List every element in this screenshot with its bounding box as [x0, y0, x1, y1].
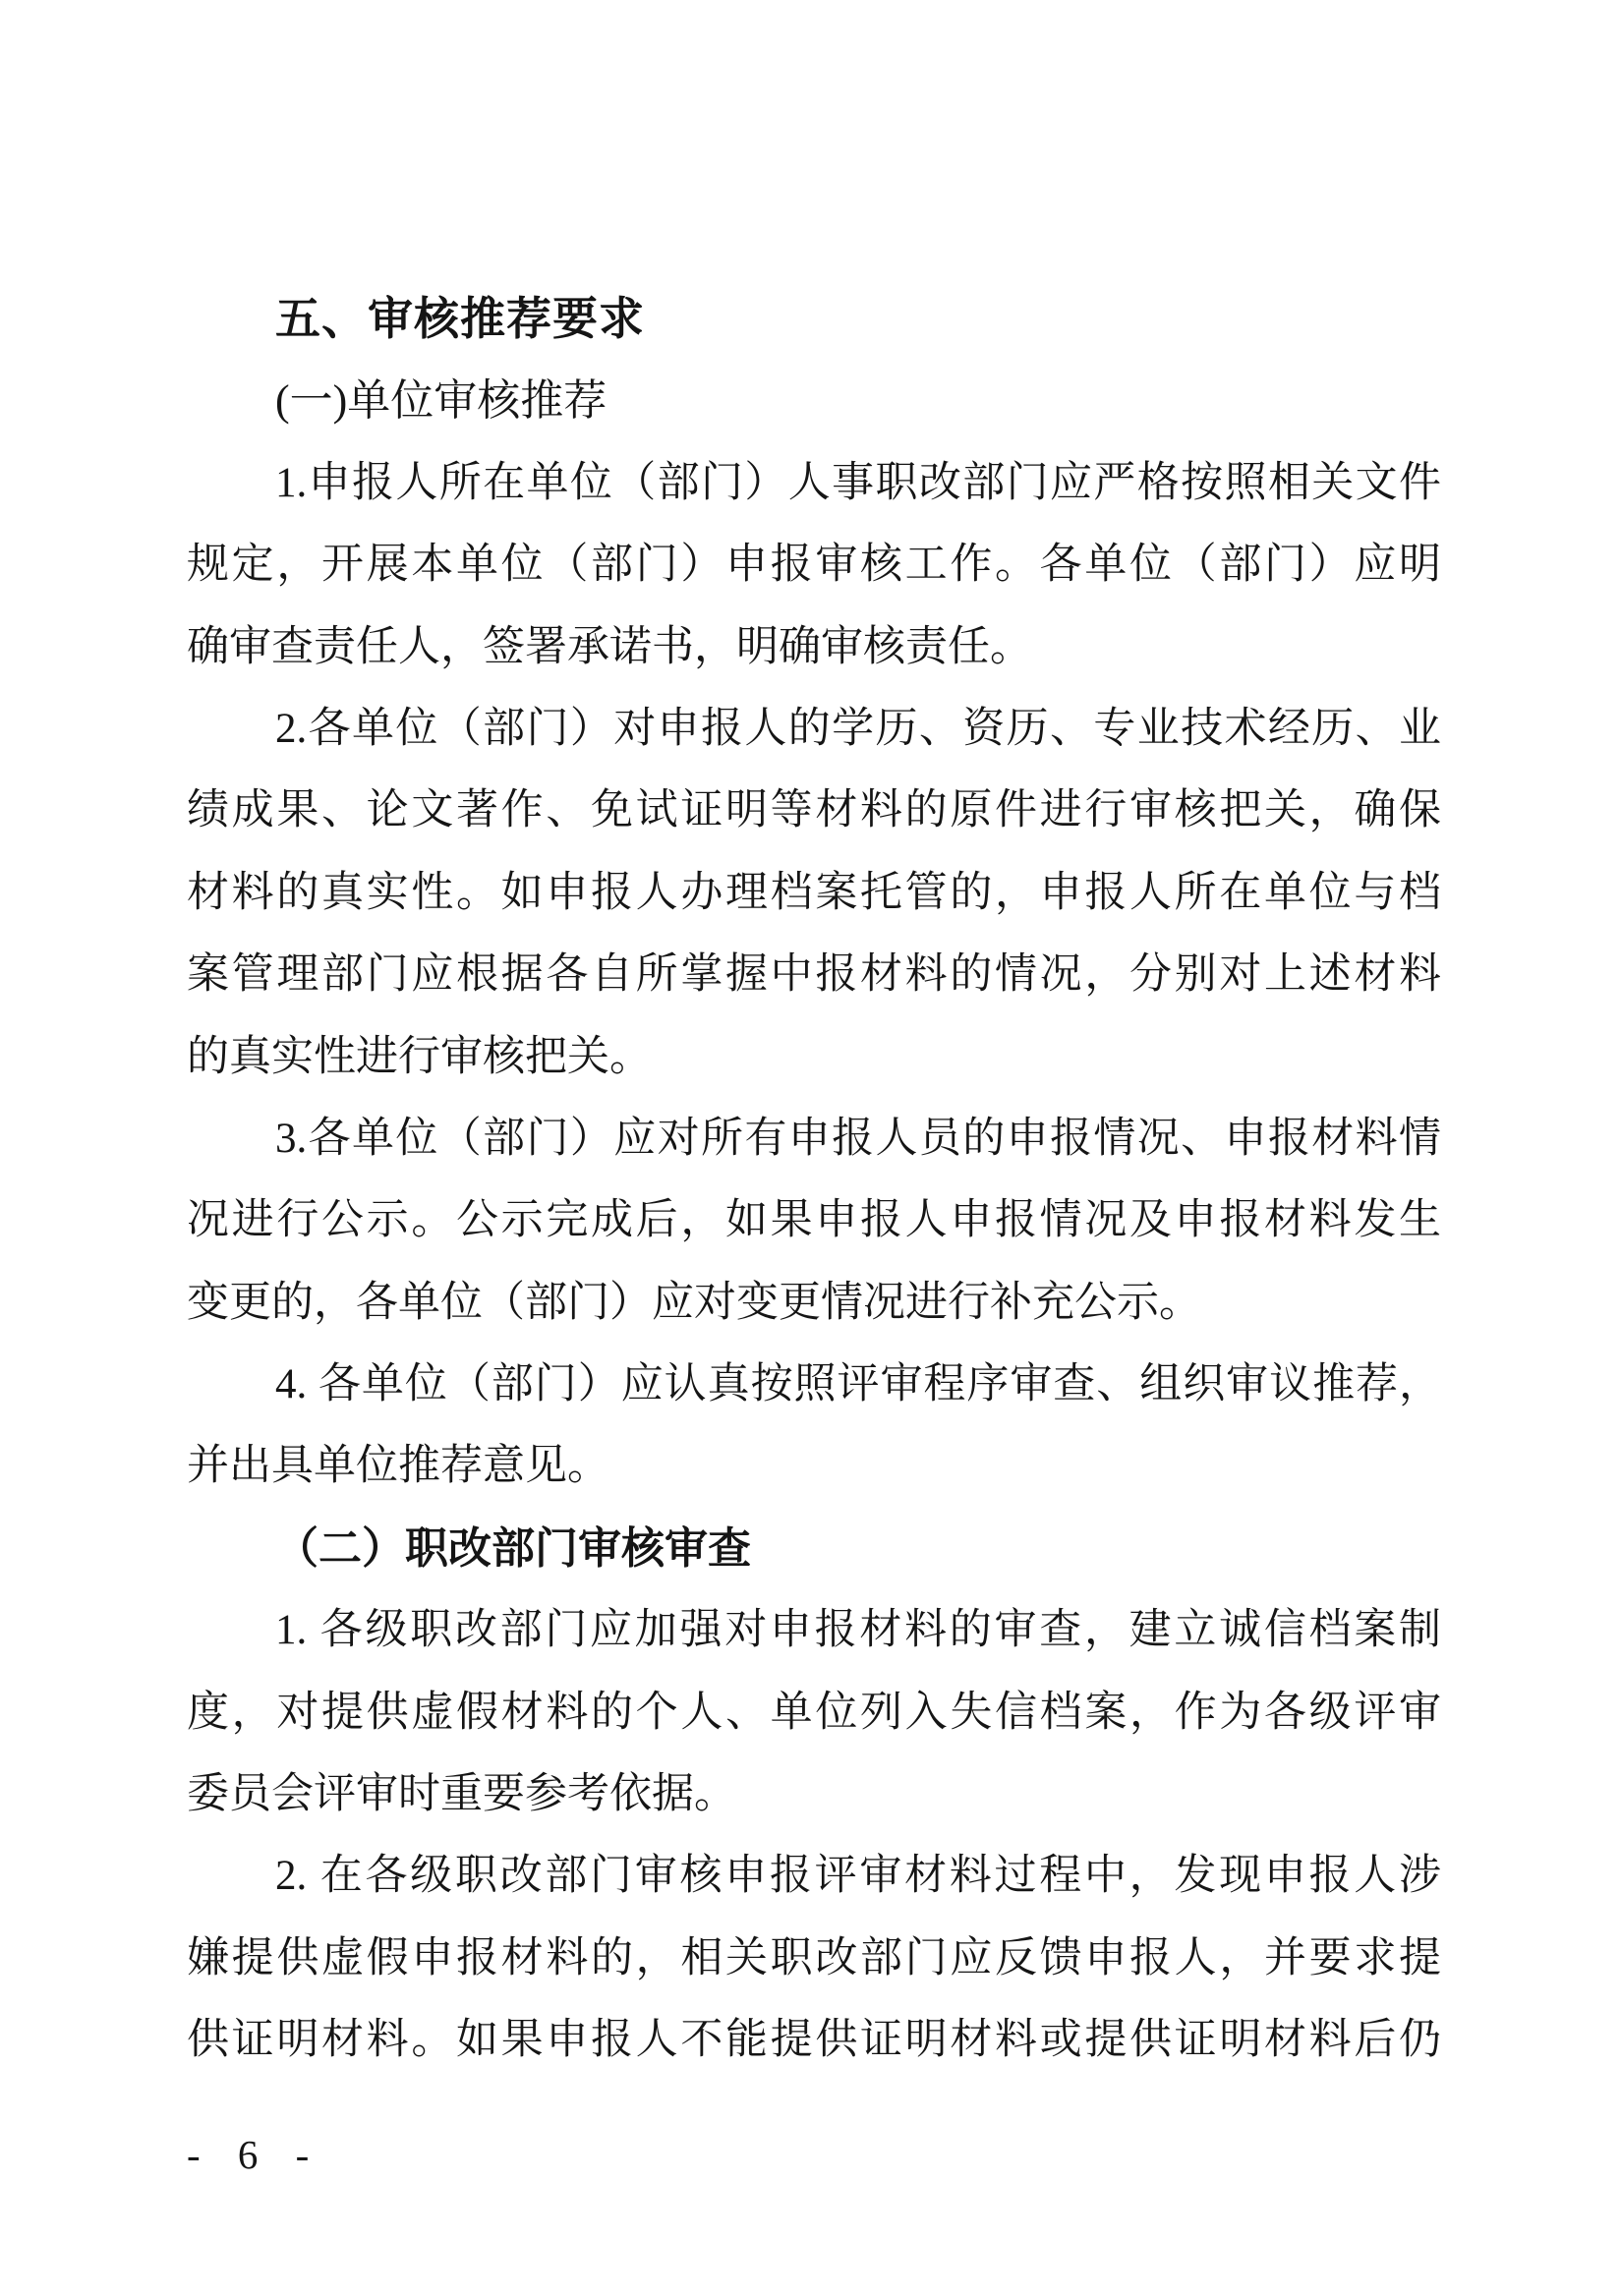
page-number: - 6 - — [187, 2131, 322, 2178]
subsection-heading-2: （二）职改部门审核审查 — [187, 1508, 1441, 1589]
body-line: 嫌提供虚假申报材料的，相关职改部门应反馈申报人，并要求提 — [187, 1918, 1441, 1999]
body-line: 况进行公示。公示完成后，如果申报人申报情况及申报材料发生 — [187, 1179, 1441, 1261]
body-line: 3.各单位（部门）应对所有申报人员的申报情况、申报材料情 — [187, 1098, 1441, 1179]
body-line: 案管理部门应根据各自所掌握中报材料的情况，分别对上述材料 — [187, 934, 1441, 1015]
body-line: 2.各单位（部门）对申报人的学历、资历、专业技术经历、业 — [187, 688, 1441, 770]
body-line: 并出具单位推荐意见。 — [187, 1425, 1441, 1507]
body-line: 规定，开展本单位（部门）申报审核工作。各单位（部门）应明 — [187, 524, 1441, 605]
body-line: 4. 各单位（部门）应认真按照评审程序审查、组织审议推荐， — [187, 1344, 1441, 1425]
body-line: 的真实性进行审核把关。 — [187, 1016, 1441, 1098]
body-line: 材料的真实性。如申报人办理档案托管的，申报人所在单位与档 — [187, 852, 1441, 934]
body-line: 确审查责任人，签署承诺书，明确审核责任。 — [187, 606, 1441, 688]
document-body: 五、审核推荐要求 (一)单位审核推荐 1.申报人所在单位（部门）人事职改部门应严… — [187, 278, 1441, 2082]
body-line: 度，对提供虚假材料的个人、单位列入失信档案，作为各级评审 — [187, 1672, 1441, 1753]
body-line: 委员会评审时重要参考依据。 — [187, 1753, 1441, 1835]
body-line: 供证明材料。如果申报人不能提供证明材料或提供证明材料后仍 — [187, 1999, 1441, 2081]
subsection-heading-1: (一)单位审核推荐 — [187, 360, 1441, 441]
section-heading: 五、审核推荐要求 — [187, 278, 1441, 360]
body-line: 1.申报人所在单位（部门）人事职改部门应严格按照相关文件 — [187, 442, 1441, 524]
body-line: 绩成果、论文著作、免试证明等材料的原件进行审核把关，确保 — [187, 770, 1441, 851]
body-line: 2. 在各级职改部门审核申报评审材料过程中，发现申报人涉 — [187, 1835, 1441, 1917]
body-line: 变更的，各单位（部门）应对变更情况进行补充公示。 — [187, 1262, 1441, 1344]
document-page: 五、审核推荐要求 (一)单位审核推荐 1.申报人所在单位（部门）人事职改部门应严… — [0, 0, 1620, 2296]
body-line: 1. 各级职改部门应加强对申报材料的审查，建立诚信档案制 — [187, 1589, 1441, 1671]
